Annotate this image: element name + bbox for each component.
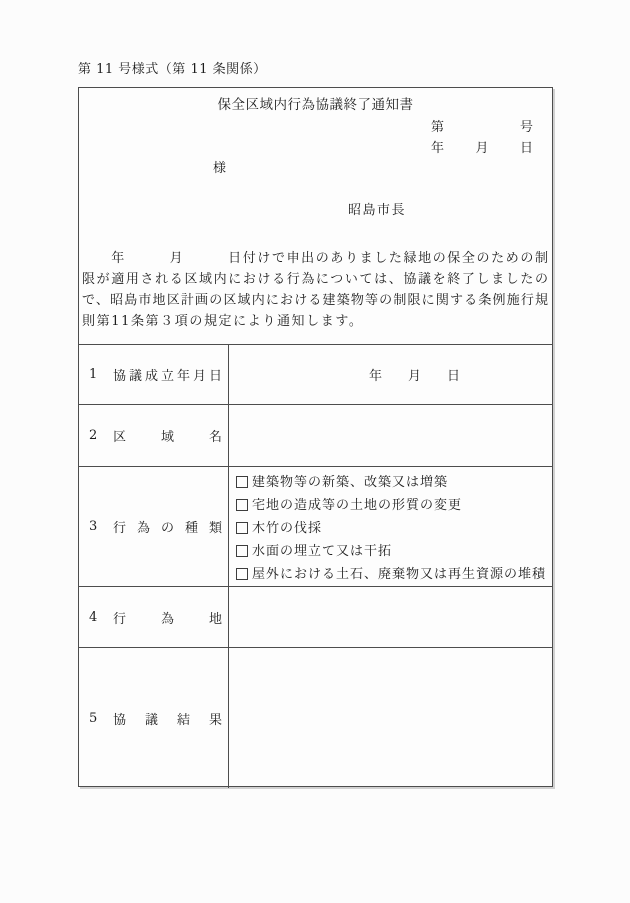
row-value-cell bbox=[229, 587, 552, 647]
row-label: 行為の種類 bbox=[113, 517, 222, 536]
body-line: 限が適用される区域内における行為については、協議を終了しましたの bbox=[82, 269, 549, 290]
notice-body: 年 月 日付けで申出のありました緑地の保全のための制 限が適用される区域内におけ… bbox=[82, 248, 549, 332]
doc-number-suffix: 号 bbox=[520, 117, 533, 138]
row-number: 3 bbox=[89, 519, 109, 534]
agreement-day-label: 日 bbox=[447, 365, 461, 384]
notice-header: 保全区域内行為協議終了通知書 第 号 年 月 日 様 昭島市長 年 月 日付けで… bbox=[79, 88, 552, 344]
notice-form: 保全区域内行為協議終了通知書 第 号 年 月 日 様 昭島市長 年 月 日付けで… bbox=[78, 87, 553, 787]
row-label-cell: 3 行為の種類 bbox=[79, 467, 229, 586]
doc-number-prefix: 第 bbox=[431, 117, 444, 138]
table-row-area-name: 2 区域名 bbox=[79, 404, 552, 466]
row-label: 区域名 bbox=[113, 426, 222, 445]
row-label-cell: 2 区域名 bbox=[79, 405, 229, 466]
document-page: 第 11 号様式（第 11 条関係） 保全区域内行為協議終了通知書 第 号 年 … bbox=[0, 0, 630, 903]
form-code-caption: 第 11 号様式（第 11 条関係） bbox=[78, 61, 267, 79]
row-label: 協議成立年月日 bbox=[113, 365, 222, 384]
checkbox-item: 宅地の造成等の土地の形質の変更 bbox=[236, 494, 552, 517]
doc-number-line: 第 号 bbox=[431, 117, 533, 138]
document-title: 保全区域内行為協議終了通知書 bbox=[79, 95, 552, 115]
checkbox-icon bbox=[236, 545, 248, 557]
row-label-cell: 5 協議結果 bbox=[79, 648, 229, 788]
row-number: 1 bbox=[89, 367, 109, 382]
issue-date-line: 年 月 日 bbox=[431, 138, 533, 159]
table-row-action-site: 4 行為地 bbox=[79, 586, 552, 647]
table-row-action-type: 3 行為の種類 建築物等の新築、改築又は増築 宅地の造成等の土地の形質の変更 bbox=[79, 466, 552, 586]
addressee-honorific: 様 bbox=[213, 159, 227, 179]
checkbox-label: 木竹の伐採 bbox=[252, 517, 322, 540]
row-value-cell bbox=[229, 405, 552, 466]
sender-name: 昭島市長 bbox=[348, 201, 406, 221]
checkbox-item: 木竹の伐採 bbox=[236, 517, 552, 540]
checkbox-label: 屋外における土石、廃棄物又は再生資源の堆積 bbox=[252, 563, 546, 586]
row-label-cell: 4 行為地 bbox=[79, 587, 229, 647]
checkbox-item: 建築物等の新築、改築又は増築 bbox=[236, 471, 552, 494]
row-number: 4 bbox=[89, 610, 109, 625]
agreement-date-line: 年 月 日 bbox=[369, 365, 461, 384]
number-date-block: 第 号 年 月 日 bbox=[431, 117, 533, 159]
row-value-cell: 年 月 日 bbox=[229, 345, 552, 404]
checkbox-item: 水面の埋立て又は干拓 bbox=[236, 540, 552, 563]
row-value-cell: 建築物等の新築、改築又は増築 宅地の造成等の土地の形質の変更 木竹の伐採 水面の… bbox=[229, 467, 552, 586]
row-number: 5 bbox=[89, 711, 109, 726]
checkbox-icon bbox=[236, 476, 248, 488]
row-label-cell: 1 協議成立年月日 bbox=[79, 345, 229, 404]
agreement-year-label: 年 bbox=[369, 365, 383, 384]
row-value-cell bbox=[229, 648, 552, 788]
checkbox-icon bbox=[236, 568, 248, 580]
table-row-consultation-result: 5 協議結果 bbox=[79, 647, 552, 788]
body-line: 年 月 日付けで申出のありました緑地の保全のための制 bbox=[82, 248, 549, 269]
checkbox-label: 建築物等の新築、改築又は増築 bbox=[252, 471, 448, 494]
checkbox-icon bbox=[236, 499, 248, 511]
agreement-month-label: 月 bbox=[408, 365, 422, 384]
issue-day-label: 日 bbox=[520, 138, 533, 159]
checkbox-label: 水面の埋立て又は干拓 bbox=[252, 540, 392, 563]
row-label: 協議結果 bbox=[113, 709, 222, 728]
checkbox-list: 建築物等の新築、改築又は増築 宅地の造成等の土地の形質の変更 木竹の伐採 水面の… bbox=[229, 467, 552, 586]
checkbox-label: 宅地の造成等の土地の形質の変更 bbox=[252, 494, 462, 517]
checkbox-icon bbox=[236, 522, 248, 534]
body-line: で、昭島市地区計画の区域内における建築物等の制限に関する条例施行規 bbox=[82, 290, 549, 311]
table-row-agreement-date: 1 協議成立年月日 年 月 日 bbox=[79, 344, 552, 404]
row-label: 行為地 bbox=[113, 608, 222, 627]
checkbox-item: 屋外における土石、廃棄物又は再生資源の堆積 bbox=[236, 563, 552, 586]
issue-year-label: 年 bbox=[431, 138, 444, 159]
issue-month-label: 月 bbox=[475, 138, 488, 159]
body-line: 則第11条第３項の規定により通知します。 bbox=[82, 311, 549, 332]
row-number: 2 bbox=[89, 428, 109, 443]
